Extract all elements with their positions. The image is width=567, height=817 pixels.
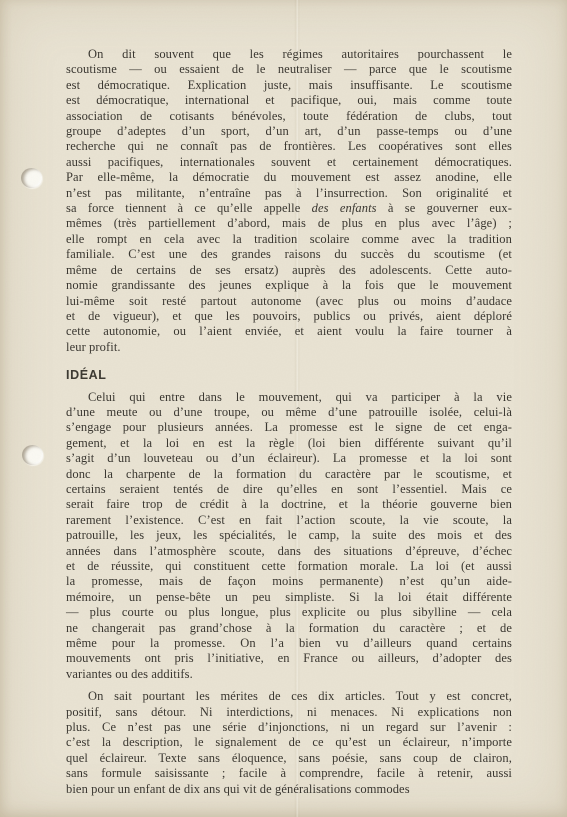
text-line: s’agit d’un louveteau ou d’un éclaireur)… (66, 451, 512, 466)
text-line: n’est pas militante, n’entraîne pas à l’… (66, 186, 512, 201)
text-block: On dit souvent que les régimes autoritai… (66, 47, 512, 797)
text-line: patrouille, les jeux, les spécialités, l… (66, 528, 512, 543)
text-line: mêmes (très partiellement d’abord, mais … (66, 216, 512, 231)
text-line: d’une meute ou d’une troupe, ou même d’u… (66, 405, 512, 420)
text-line: ne changerait pas grand’chose à la forma… (66, 621, 512, 636)
text-line: Par elle-même, la démocratie du mouvemen… (66, 170, 512, 185)
text-line: On dit souvent que les régimes autoritai… (66, 47, 512, 62)
text-line: mouvements ont pris l’initiative, en Fra… (66, 651, 512, 666)
text-line: certains seraient tentés de dire qu’elle… (66, 482, 512, 497)
text-line: aussi pacifiques, internationales souven… (66, 155, 512, 170)
text-line: même pour la promesse. On l’a bien vu d’… (66, 636, 512, 651)
text-line: mémoire, un pense-bête un peu simpliste.… (66, 590, 512, 605)
text-line: bien pour un enfant de dix ans qui vit d… (66, 782, 512, 797)
text-line: Celui qui entre dans le mouvement, qui v… (66, 390, 512, 405)
text-line: donc la charpente de la formation du car… (66, 467, 512, 482)
text-line: scoutisme — ou essaient de le neutralise… (66, 62, 512, 77)
text-line: groupe d’adeptes d’un sport, d’un art, d… (66, 124, 512, 139)
text-line: nomie grandissante des jeunes explique à… (66, 278, 512, 293)
book-page: On dit souvent que les régimes autoritai… (0, 0, 567, 817)
text-line: leur profit. (66, 340, 512, 355)
text-line: même de certains de ses ersatz) auprès d… (66, 263, 512, 278)
text-line: la promesse, mais de façon moins permane… (66, 574, 512, 589)
paragraph-2: Celui qui entre dans le mouvement, qui v… (66, 390, 512, 683)
text-line: — plus courte ou plus longue, plus expli… (66, 605, 512, 620)
text-line: s’engage pour plusieurs années. La prome… (66, 420, 512, 435)
text-line: On sait pourtant les mérites de ces dix … (66, 689, 512, 704)
hole-punch-bottom (22, 445, 43, 465)
text-line: rarement l’existence. C’est en fait l’ac… (66, 513, 512, 528)
text-line: est démocratique. Explication juste, mai… (66, 78, 512, 93)
text-line: et de vigueur), et que les pouvoirs, pub… (66, 309, 512, 324)
text-line: positif, sans détour. Ni interdictions, … (66, 705, 512, 720)
text-line: recherche qui ne connaît pas de frontièr… (66, 139, 512, 154)
paragraph-1: On dit souvent que les régimes autoritai… (66, 47, 512, 355)
text-line: gement, et la loi en est la règle (loi b… (66, 436, 512, 451)
text-line: lui-même soit resté partout autonome (av… (66, 294, 512, 309)
hole-punch-top (21, 168, 42, 188)
text-line: elle rompt en cela avec la tradition sco… (66, 232, 512, 247)
text-line: c’est la description, le signalement de … (66, 735, 512, 750)
text-line: est démocratique, international et pacif… (66, 93, 512, 108)
text-line: familiale. C’est une des grandes raisons… (66, 247, 512, 262)
text-line: sa force tiennent à ce qu’elle appelle d… (66, 201, 512, 216)
text-line: cette autonomie, ou l’aient enviée, et a… (66, 324, 512, 339)
text-line: association de cotisants bénévoles, tout… (66, 109, 512, 124)
text-line: sans formule saisissante ; facile à comp… (66, 766, 512, 781)
text-line: variantes ou des additifs. (66, 667, 512, 682)
text-line: années dans l’atmosphère scoute, dans de… (66, 544, 512, 559)
paragraph-3: On sait pourtant les mérites de ces dix … (66, 689, 512, 797)
text-line: serait faire trop de crédit à la doctrin… (66, 497, 512, 512)
text-line: plus. Ce n’est pas une série d’injonctio… (66, 720, 512, 735)
section-heading: IDÉAL (66, 368, 512, 383)
text-line: quel éclaireur. Texte sans éloquence, sa… (66, 751, 512, 766)
text-line: et de réussite, qui constituent cette fo… (66, 559, 512, 574)
